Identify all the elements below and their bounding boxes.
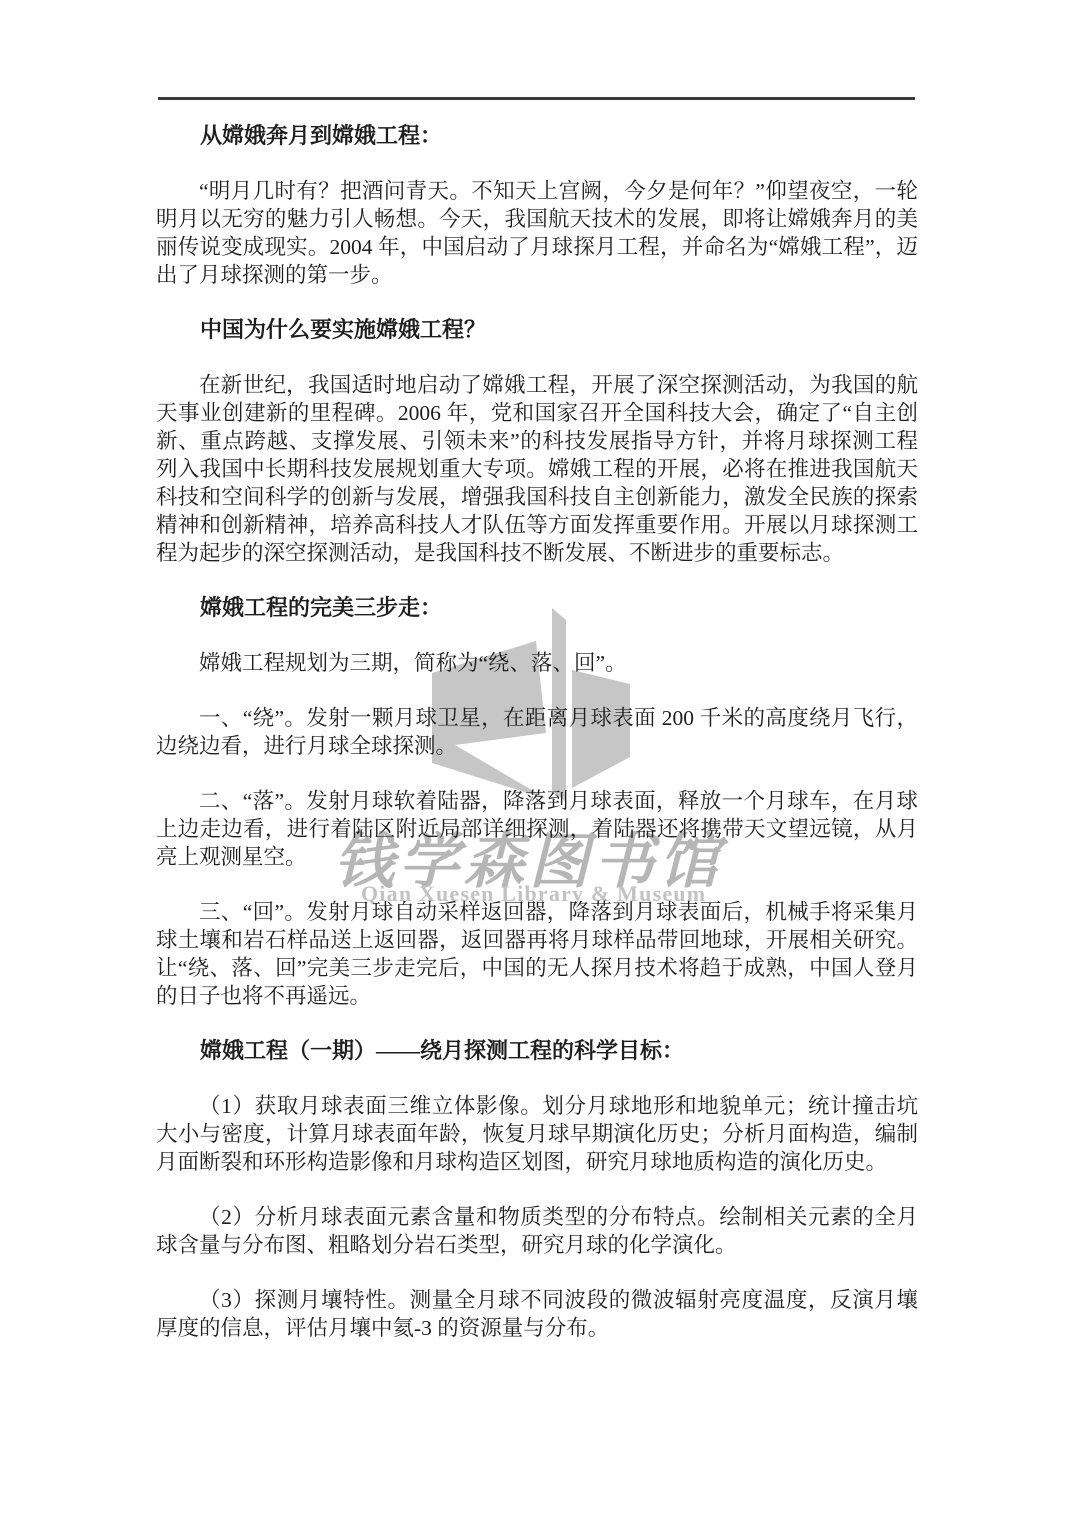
header-rule: [158, 97, 915, 100]
body-paragraph: （1）获取月球表面三维立体影像。划分月球地形和地貌单元；统计撞击坑大小与密度，计…: [156, 1092, 918, 1176]
section-heading: 从嫦娥奔月到嫦娥工程：: [156, 122, 918, 150]
body-paragraph: （2）分析月球表面元素含量和物质类型的分布特点。绘制相关元素的全月球含量与分布图…: [156, 1203, 918, 1259]
body-paragraph: 二、“落”。发射月球软着陆器，降落到月球表面，释放一个月球车，在月球上边走边看，…: [156, 787, 918, 871]
body-paragraph: 三、“回”。发射月球自动采样返回器，降落到月球表面后，机械手将采集月球土壤和岩石…: [156, 898, 918, 1010]
body-paragraph: 嫦娥工程规划为三期，简称为“绕、落、回”。: [156, 649, 918, 677]
section-heading: 嫦娥工程的完美三步走：: [156, 594, 918, 622]
body-paragraph: 在新世纪，我国适时地启动了嫦娥工程，开展了深空探测活动，为我国的航天事业创建新的…: [156, 371, 918, 567]
section-heading: 中国为什么要实施嫦娥工程？: [156, 316, 918, 344]
document-body: 从嫦娥奔月到嫦娥工程：“明月几时有？把酒问青天。不知天上宫阙，今夕是何年？”仰望…: [156, 122, 918, 1369]
body-paragraph: （3）探测月壤特性。测量全月球不同波段的微波辐射亮度温度，反演月壤厚度的信息，评…: [156, 1286, 918, 1342]
section-heading: 嫦娥工程（一期）——绕月探测工程的科学目标：: [156, 1037, 918, 1065]
body-paragraph: “明月几时有？把酒问青天。不知天上宫阙，今夕是何年？”仰望夜空，一轮明月以无穷的…: [156, 177, 918, 289]
document-page: 钱学森图书馆 Qian Xuesen Library & Museum 从嫦娥奔…: [0, 0, 1074, 1520]
body-paragraph: 一、“绕”。发射一颗月球卫星，在距离月球表面 200 千米的高度绕月飞行，边绕边…: [156, 704, 918, 760]
